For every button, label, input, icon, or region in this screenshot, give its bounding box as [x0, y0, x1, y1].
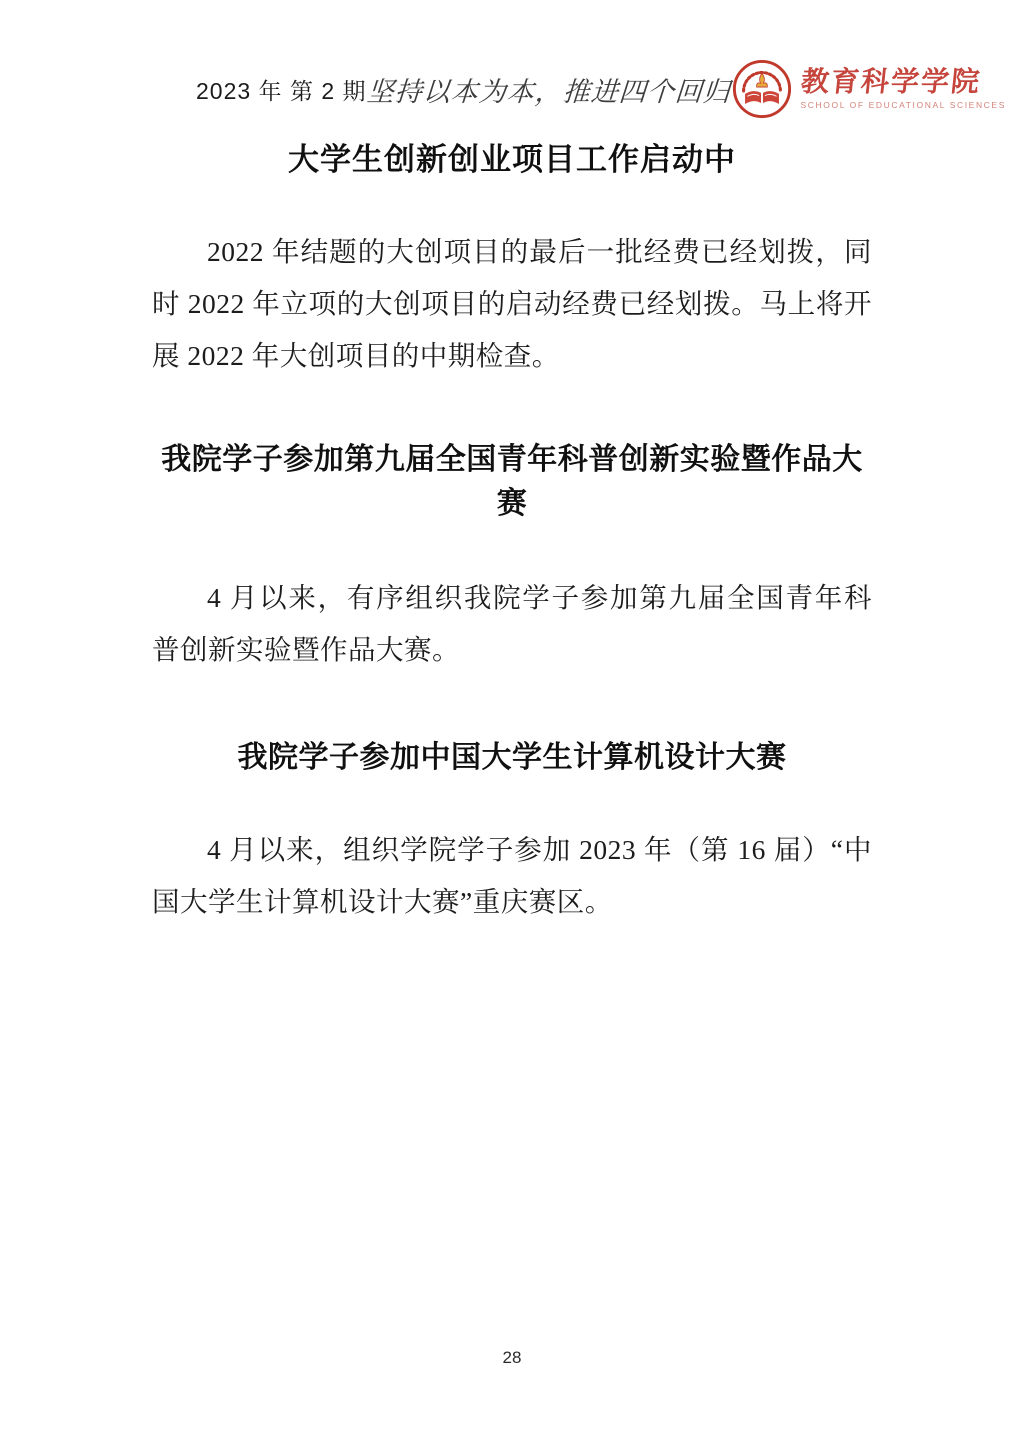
- document-page: 2023 年 第 2 期 坚持以本为本，推进四个回归 教育科学学院 SCHOOL…: [0, 0, 1024, 1448]
- section-heading: 大学生创新创业项目工作启动中: [152, 140, 872, 180]
- school-emblem-icon: [731, 58, 793, 120]
- logo-name-en: SCHOOL OF EDUCATIONAL SCIENCES: [801, 101, 1006, 110]
- logo-name-cn: 教育科学学院: [799, 69, 1007, 97]
- page-header: 2023 年 第 2 期 坚持以本为本，推进四个回归 教育科学学院 SCHOOL…: [196, 56, 908, 122]
- school-logo: 教育科学学院 SCHOOL OF EDUCATIONAL SCIENCES: [731, 58, 1006, 120]
- section-heading: 我院学子参加第九届全国青年科普创新实验暨作品大赛: [152, 438, 872, 526]
- body-paragraph: 4 月以来，组织学院学子参加 2023 年（第 16 届）“中国大学生计算机设计…: [152, 824, 872, 928]
- section-heading: 我院学子参加中国大学生计算机设计大赛: [152, 736, 872, 780]
- header-slogan: 坚持以本为本，推进四个回归: [365, 70, 732, 109]
- body-paragraph: 2022 年结题的大创项目的最后一批经费已经划拨，同时 2022 年立项的大创项…: [152, 226, 872, 382]
- body-paragraph: 4 月以来，有序组织我院学子参加第九届全国青年科普创新实验暨作品大赛。: [152, 572, 872, 676]
- logo-wordmark: 教育科学学院 SCHOOL OF EDUCATIONAL SCIENCES: [801, 69, 1006, 110]
- issue-label: 2023 年 第 2 期: [196, 73, 367, 106]
- document-body: 大学生创新创业项目工作启动中 2022 年结题的大创项目的最后一批经费已经划拨，…: [152, 140, 872, 928]
- page-number: 28: [0, 1348, 1024, 1368]
